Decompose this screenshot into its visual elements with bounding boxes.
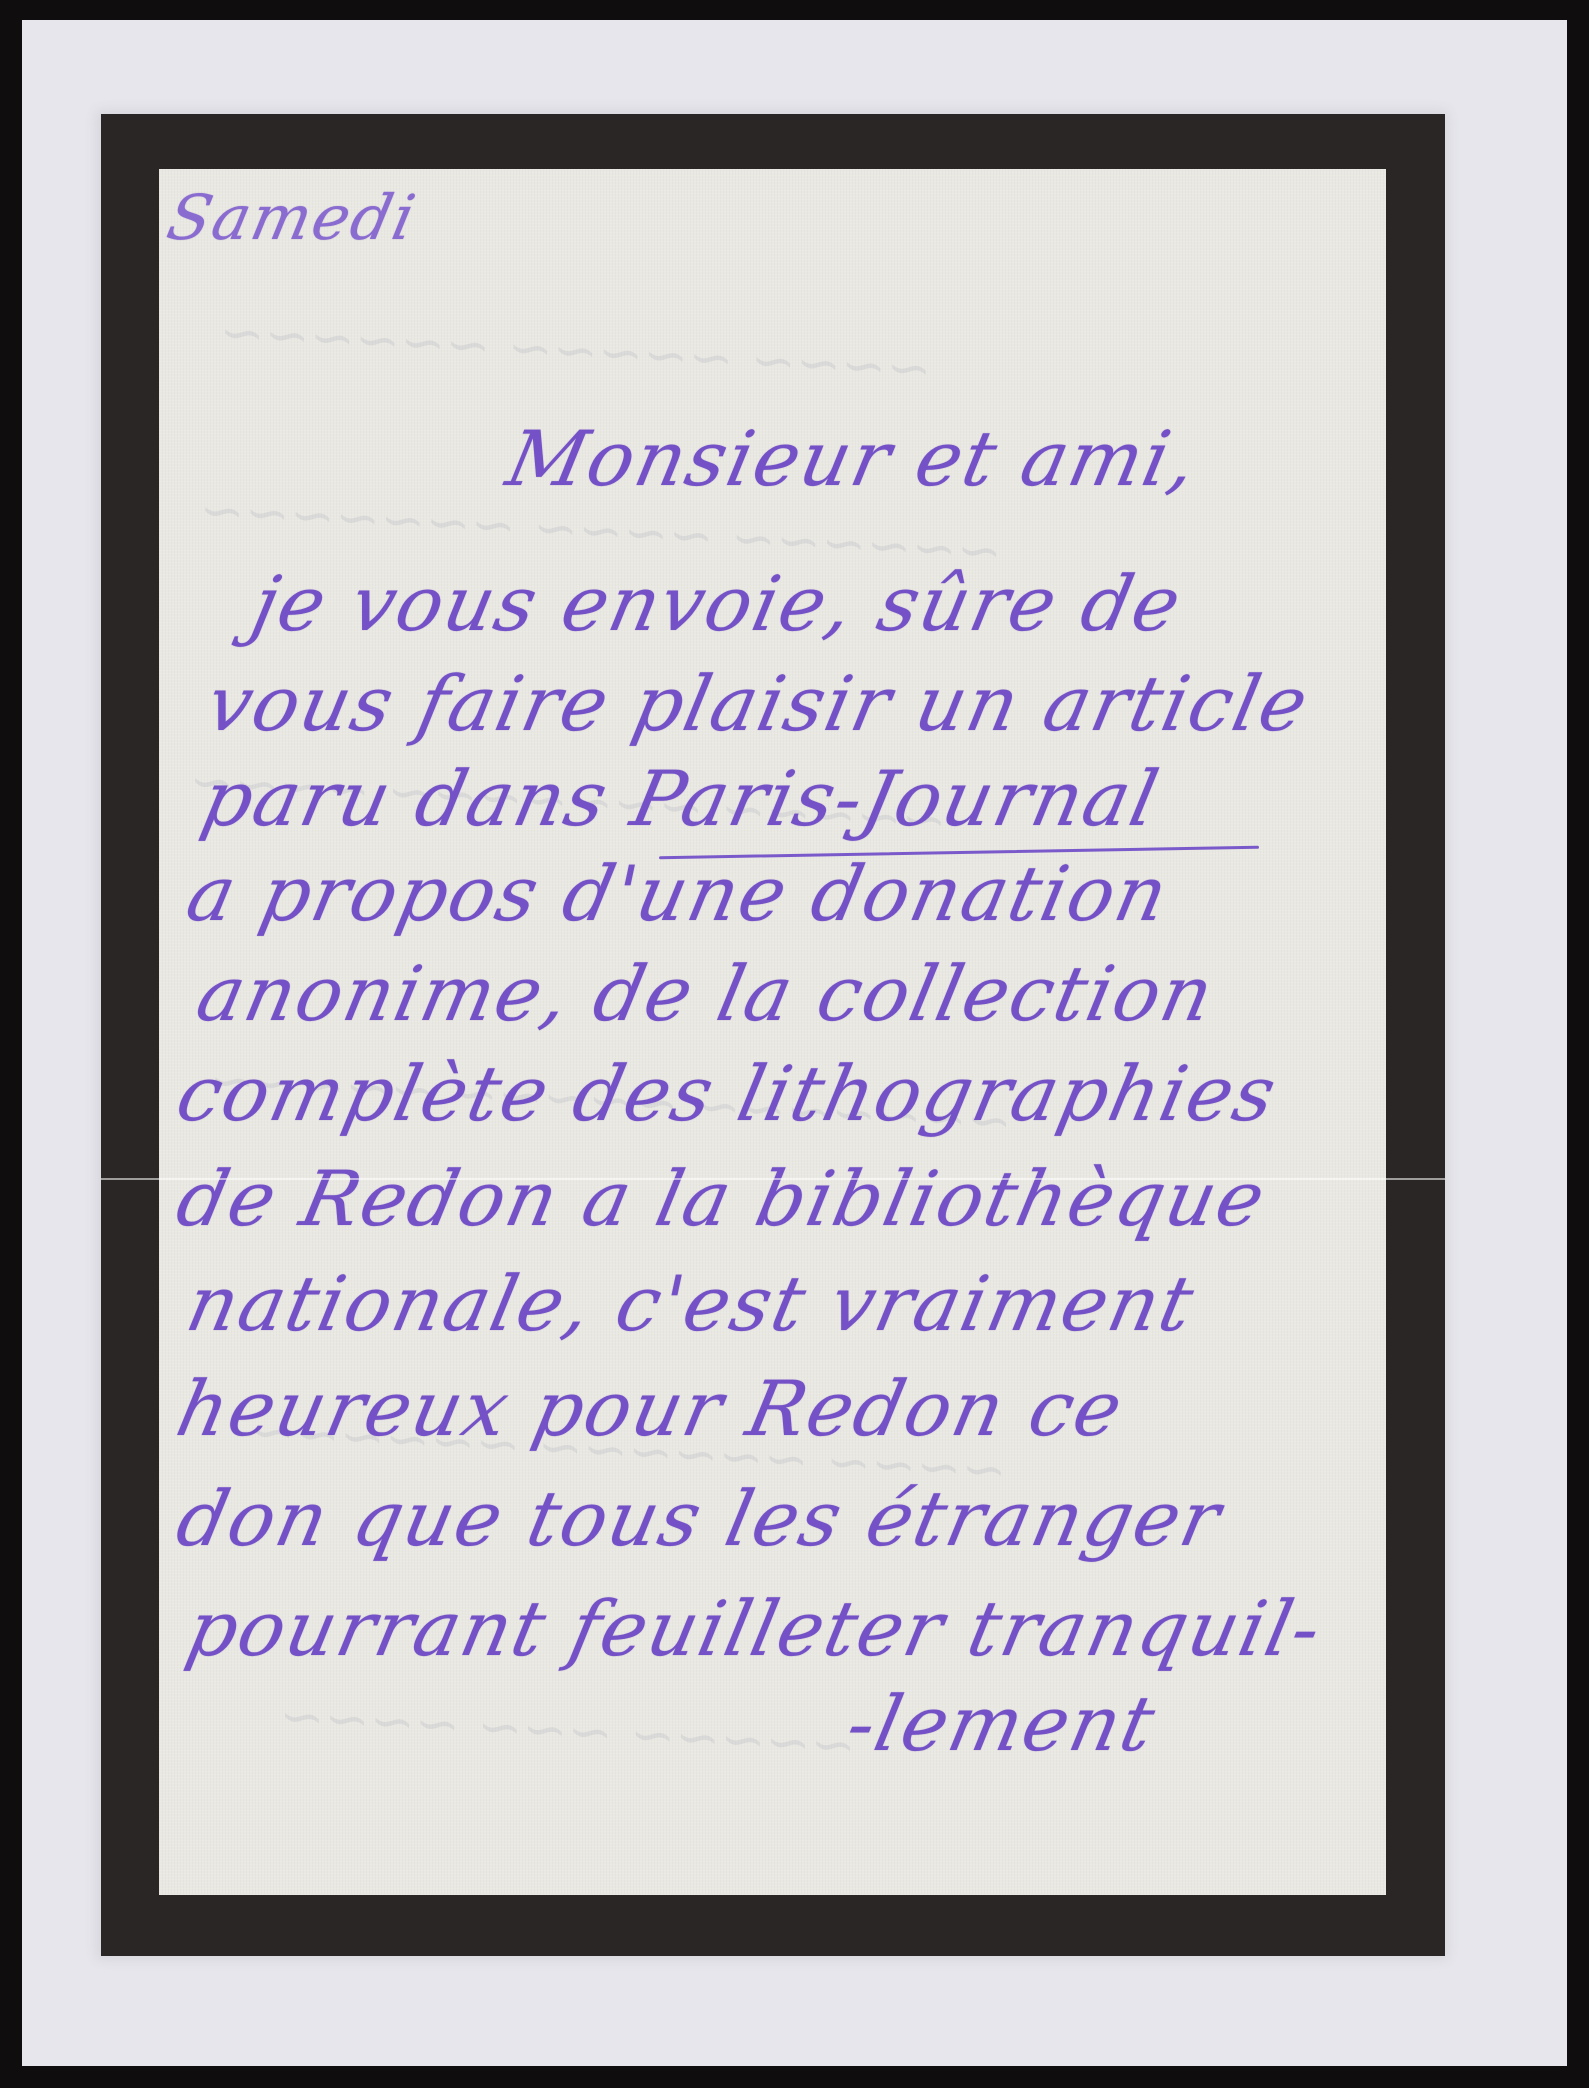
letter-line: don que tous les étranger [170,1474,1230,1563]
letter-line: vous faire plaisir un article [200,659,1318,748]
letter-paper: ~~~~ ~~~~~ ~~~~~~ ~~~~~~ ~~~~ ~~~~~~~ ~~… [159,169,1386,1895]
letter-line: je vous envoie, sûre de [245,559,1191,648]
letter-line: paru dans Paris-Journal [195,754,1168,843]
bleed-through-text: ~~~~~ ~~~ ~~~~ [278,1684,858,1777]
letter-line: nationale, c'est vraiment [180,1259,1203,1348]
letter-line: pourrant feuilleter tranquil- [180,1584,1331,1673]
letter-line: a propos d'une donation [180,849,1177,938]
letter-salutation: Monsieur et ami, [500,414,1207,503]
letter-line: -lement [840,1679,1164,1768]
letter-line: complète des lithographies [170,1049,1286,1138]
bleed-through-text: ~~~~ ~~~~~ ~~~~~~ [218,300,933,400]
letter-line: de Redon a la bibliothèque [170,1154,1275,1243]
letter-line: heureux pour Redon ce [170,1364,1132,1453]
letter-line: anonime, de la collection [190,949,1223,1038]
paper-fold-crease [101,1178,1445,1180]
letter-date: Samedi [161,181,423,254]
mourning-letter-sheet: ~~~~ ~~~~~ ~~~~~~ ~~~~~~ ~~~~ ~~~~~~~ ~~… [101,114,1445,1956]
